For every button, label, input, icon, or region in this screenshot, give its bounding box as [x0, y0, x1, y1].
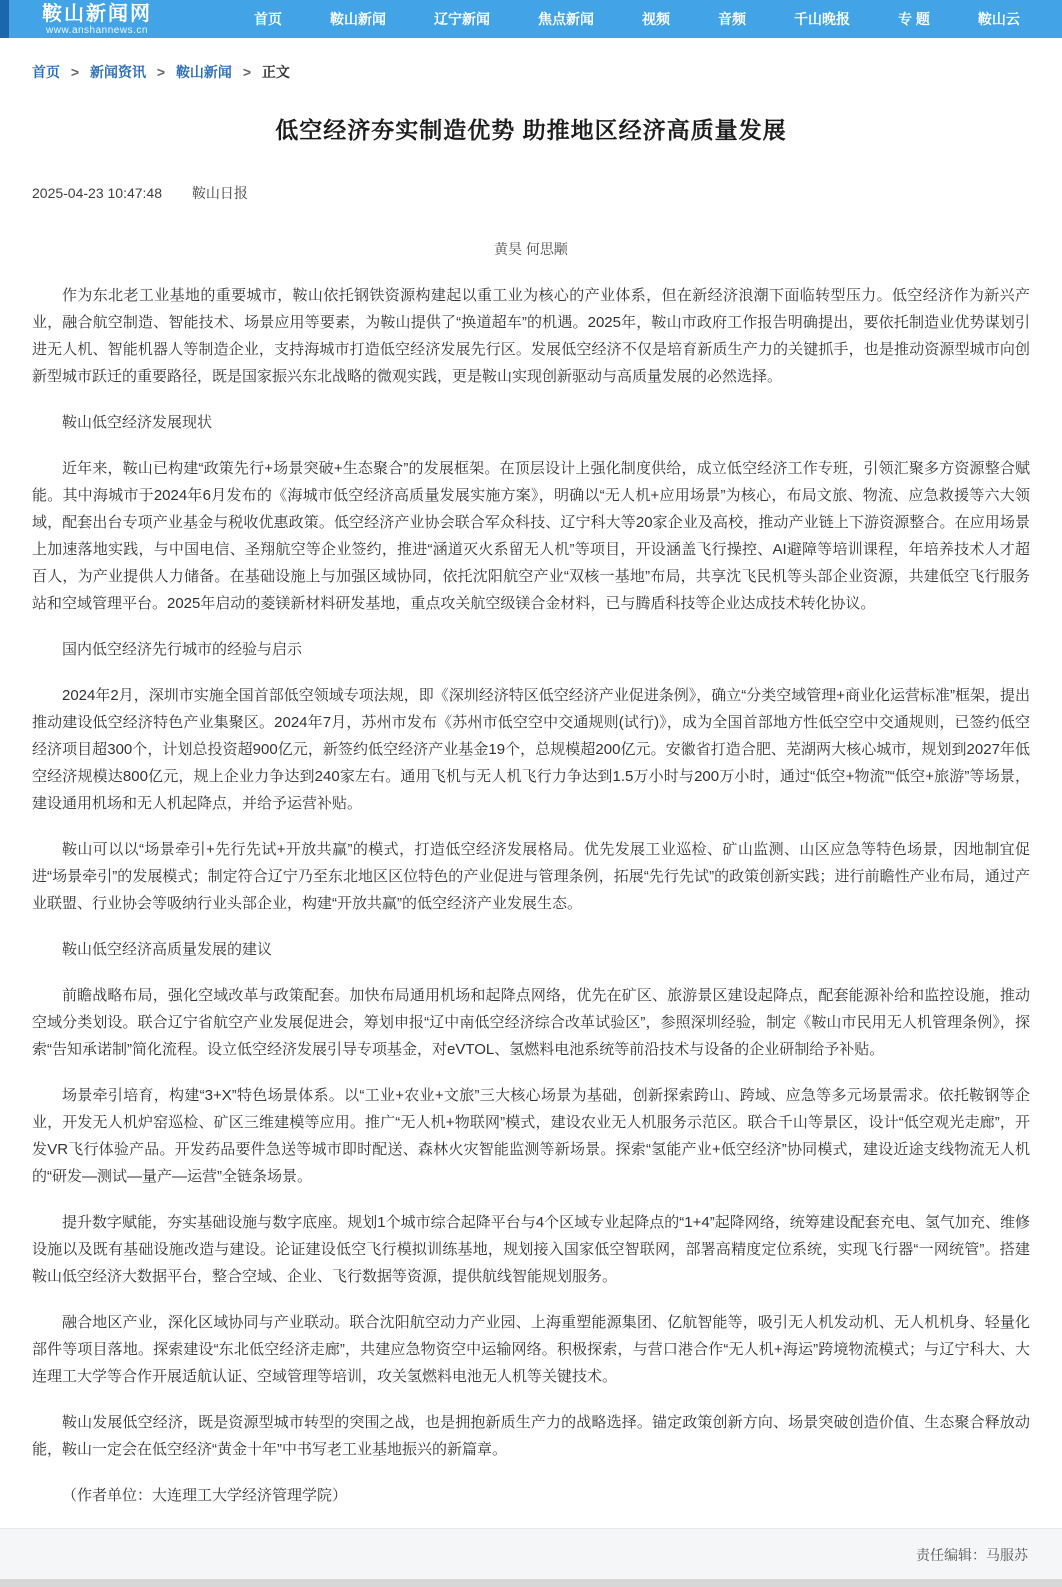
article-paragraph: 2024年2月，深圳市实施全国首部低空领域专项法规，即《深圳经济特区低空经济产业… — [32, 682, 1030, 817]
breadcrumb-separator: > — [157, 64, 165, 80]
nav-item[interactable]: 专 题 — [874, 9, 954, 29]
nav-item[interactable]: 鞍山云 — [954, 9, 1044, 29]
breadcrumb-item: 新闻资讯 > — [90, 64, 176, 80]
article-paragraph: 前瞻战略布局，强化空域改革与政策配套。加快布局通用机场和起降点网络，优先在矿区、… — [32, 982, 1030, 1063]
breadcrumb-link[interactable]: 首页 — [32, 64, 60, 80]
breadcrumb-separator: > — [71, 64, 79, 80]
article-body: 作为东北老工业基地的重要城市，鞍山依托钢铁资源构建起以重工业为核心的产业体系，但… — [32, 263, 1030, 1528]
breadcrumb-link[interactable]: 鞍山新闻 — [176, 64, 232, 80]
header-accent-stripe — [0, 0, 9, 38]
article-paragraph: 国内低空经济先行城市的经验与启示 — [32, 636, 1030, 663]
article-paragraph: 融合地区产业，深化区域协同与产业联动。联合沈阳航空动力产业园、上海重塑能源集团、… — [32, 1309, 1030, 1390]
article-paragraph: 场景牵引培育，构建“3+X”特色场景体系。以“工业+农业+文旅”三大核心场景为基… — [32, 1082, 1030, 1190]
nav-item[interactable]: 鞍山新闻 — [306, 9, 410, 29]
article-paragraph: 作为东北老工业基地的重要城市，鞍山依托钢铁资源构建起以重工业为核心的产业体系，但… — [32, 282, 1030, 390]
article-paragraph: 鞍山可以以“场景牵引+先行先试+开放共赢”的模式，打造低空经济发展格局。优先发展… — [32, 836, 1030, 917]
nav-item[interactable]: 首页 — [230, 9, 306, 29]
breadcrumb-item: 首页 > — [32, 64, 90, 80]
editor-name: 马服苏 — [986, 1547, 1028, 1563]
breadcrumb-item: 正文 > — [262, 64, 290, 80]
page-footer: 责任编辑：马服苏 — [0, 1528, 1062, 1579]
article-paragraph: 提升数字赋能，夯实基础设施与数字底座。规划1个城市综合起降平台与4个区域专业起降… — [32, 1209, 1030, 1290]
breadcrumb-link[interactable]: 新闻资讯 — [90, 64, 146, 80]
site-logo[interactable]: 鞍山新闻网 www.anshannews.cn — [42, 3, 152, 36]
breadcrumb: 首页 > 新闻资讯 > 鞍山新闻 > 正文 > — [32, 62, 1062, 82]
article-paragraph: 鞍山低空经济发展现状 — [32, 409, 1030, 436]
nav-item[interactable]: 视频 — [618, 9, 694, 29]
site-logo-url: www.anshannews.cn — [42, 25, 152, 36]
site-logo-title[interactable]: 鞍山新闻网 — [42, 3, 152, 25]
article-paragraph: （作者单位：大连理工大学经济管理学院） — [32, 1482, 1030, 1509]
editor-label: 责任编辑： — [916, 1547, 986, 1563]
article-paragraph: 近年来，鞍山已构建“政策先行+场景突破+生态聚合”的发展框架。在顶层设计上强化制… — [32, 455, 1030, 617]
nav-item[interactable]: 音频 — [694, 9, 770, 29]
article-paragraph: 鞍山低空经济高质量发展的建议 — [32, 936, 1030, 963]
bottom-bar — [0, 1579, 1062, 1587]
breadcrumb-link[interactable]: 正文 — [262, 64, 290, 80]
article-byline: 黄昊 何思颙 — [0, 239, 1062, 259]
page: 鞍山新闻网 www.anshannews.cn 首页 鞍山新闻 辽宁新闻 焦点新… — [0, 0, 1062, 1587]
nav-item[interactable]: 辽宁新闻 — [410, 9, 514, 29]
main-nav: 首页 鞍山新闻 辽宁新闻 焦点新闻 视频 音频 千山晚报 专 题 鞍山云 — [230, 9, 1044, 29]
nav-item[interactable]: 千山晚报 — [770, 9, 874, 29]
article-paragraph: 鞍山发展低空经济，既是资源型城市转型的突围之战，也是拥抱新质生产力的战略选择。锚… — [32, 1409, 1030, 1463]
article-title: 低空经济夯实制造优势 助推地区经济高质量发展 — [60, 112, 1002, 145]
site-header: 鞍山新闻网 www.anshannews.cn 首页 鞍山新闻 辽宁新闻 焦点新… — [0, 0, 1062, 38]
breadcrumb-separator: > — [243, 64, 251, 80]
nav-item[interactable]: 焦点新闻 — [514, 9, 618, 29]
article-source: 鞍山日报 — [192, 185, 248, 201]
breadcrumb-item: 鞍山新闻 > — [176, 64, 262, 80]
article-meta: 2025-04-23 10:47:48 鞍山日报 — [32, 183, 1062, 203]
article-datetime: 2025-04-23 10:47:48 — [32, 185, 162, 201]
